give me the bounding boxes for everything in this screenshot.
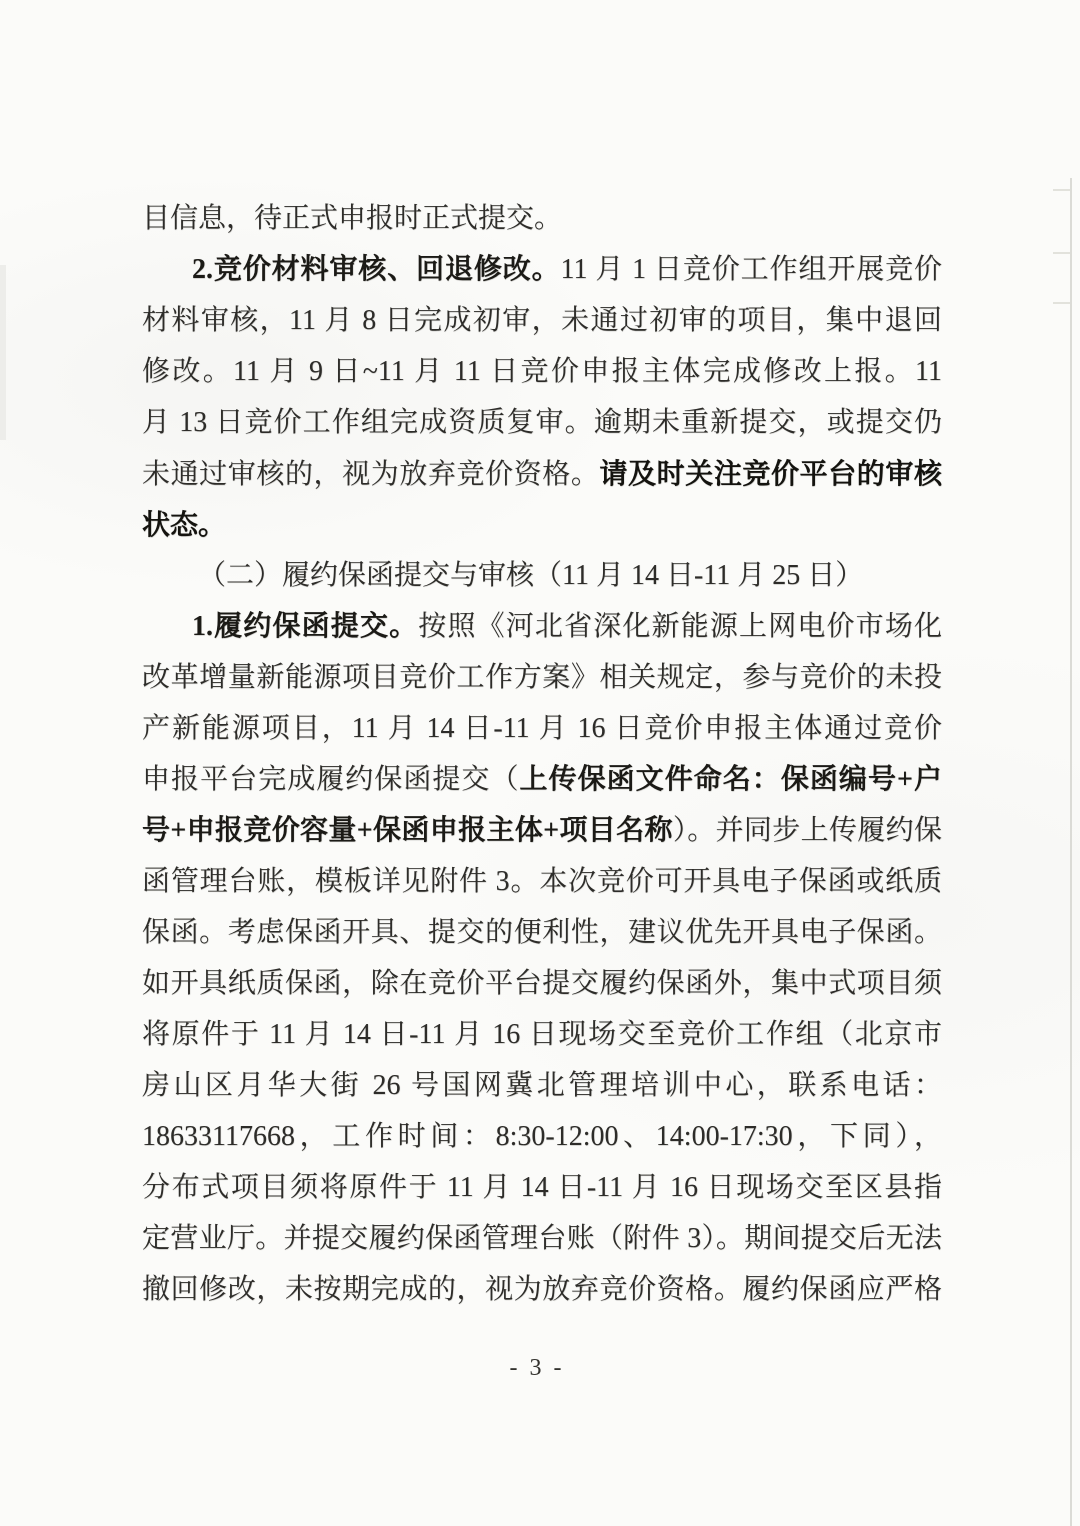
line-22: 撤回修改，未按期完成的，视为放弃竞价资格。履约保函应严格 — [142, 1264, 942, 1315]
emphasis-text-run: 1.履约保函提交。 — [192, 611, 418, 642]
line-19: 18633117668，工作时间：8:30-12:00、14:00-17:30，… — [142, 1111, 942, 1162]
text-run: 材料审核，11 月 8 日完成初审，未通过初审的项目，集中退回 — [142, 305, 942, 336]
line-03: 材料审核，11 月 8 日完成初审，未通过初审的项目，集中退回 — [142, 295, 942, 346]
line-10: 改革增量新能源项目竞价工作方案》相关规定，参与竞价的未投 — [142, 652, 942, 703]
scan-smudge-artifact — [0, 265, 6, 440]
line-11: 产新能源项目，11 月 14 日-11 月 16 日竞价申报主体通过竞价 — [142, 703, 942, 754]
text-run: 申报平台完成履约保函提交（ — [142, 764, 520, 795]
line-14: 函管理台账，模板详见附件 3。本次竞价可开具电子保函或纸质 — [142, 856, 942, 907]
line-06: 未通过审核的，视为放弃竞价资格。请及时关注竞价平台的审核 — [142, 448, 942, 499]
text-run: 改革增量新能源项目竞价工作方案》相关规定，参与竞价的未投 — [142, 662, 942, 693]
scan-tick-artifact — [1053, 189, 1070, 191]
scan-tick-artifact — [1053, 302, 1070, 304]
line-07: 状态。 — [142, 499, 942, 550]
text-run: 函管理台账，模板详见附件 3。本次竞价可开具电子保函或纸质 — [142, 866, 942, 897]
text-run: 按照《河北省深化新能源上网电价市场化 — [418, 611, 942, 642]
scan-tick-artifact — [1053, 252, 1070, 254]
line-16: 如开具纸质保函，除在竞价平台提交履约保函外，集中式项目须 — [142, 958, 942, 1009]
text-run: 分布式项目须将原件于 11 月 14 日-11 月 16 日现场交至区县指 — [142, 1172, 942, 1203]
line-08-heading: （二）履约保函提交与审核（11 月 14 日-11 月 25 日） — [142, 550, 942, 601]
text-run: 修改。11 月 9 日~11 月 11 日竞价申报主体完成修改上报。11 — [142, 356, 942, 387]
emphasis-text-run: 上传保函文件命名：保函编号+户 — [520, 764, 942, 795]
line-01: 目信息，待正式申报时正式提交。 — [142, 193, 942, 244]
line-13: 号+申报竞价容量+保函申报主体+项目名称）。并同步上传履约保 — [142, 805, 942, 856]
text-run: 未通过审核的，视为放弃竞价资格。 — [142, 459, 599, 490]
line-18: 房山区月华大街 26 号国网冀北管理培训中心，联系电话： — [142, 1060, 942, 1111]
line-09: 1.履约保函提交。按照《河北省深化新能源上网电价市场化 — [142, 601, 942, 652]
text-run: 月 13 日竞价工作组完成资质复审。逾期未重新提交，或提交仍 — [142, 407, 942, 438]
text-run: 保函。考虑保函开具、提交的便利性，建议优先开具电子保函。 — [142, 917, 942, 948]
emphasis-text-run: 请及时关注竞价平台的审核 — [599, 458, 942, 489]
line-15: 保函。考虑保函开具、提交的便利性，建议优先开具电子保函。 — [142, 907, 942, 958]
emphasis-text-run: 状态。 — [142, 509, 226, 540]
scan-edge-artifact — [1070, 178, 1072, 1526]
line-17: 将原件于 11 月 14 日-11 月 16 日现场交至竞价工作组（北京市 — [142, 1009, 942, 1060]
text-run: 目信息，待正式申报时正式提交。 — [142, 203, 562, 234]
emphasis-text-run: 号+申报竞价容量+保函申报主体+项目名称 — [142, 815, 673, 846]
scanned-document-page: 目信息，待正式申报时正式提交。2.竞价材料审核、回退修改。11 月 1 日竞价工… — [0, 0, 1080, 1526]
line-04: 修改。11 月 9 日~11 月 11 日竞价申报主体完成修改上报。11 — [142, 346, 942, 397]
emphasis-text-run: 2.竞价材料审核、回退修改。 — [192, 254, 561, 285]
text-run: 产新能源项目，11 月 14 日-11 月 16 日竞价申报主体通过竞价 — [142, 713, 942, 744]
text-run: 如开具纸质保函，除在竞价平台提交履约保函外，集中式项目须 — [142, 968, 942, 999]
line-02: 2.竞价材料审核、回退修改。11 月 1 日竞价工作组开展竞价 — [142, 244, 942, 295]
text-run: 将原件于 11 月 14 日-11 月 16 日现场交至竞价工作组（北京市 — [142, 1019, 942, 1050]
text-run: 定营业厅。并提交履约保函管理台账（附件 3）。期间提交后无法 — [142, 1223, 942, 1254]
text-run: ）。并同步上传履约保 — [673, 815, 942, 846]
text-run: （二）履约保函提交与审核（11 月 14 日-11 月 25 日） — [198, 560, 863, 591]
page-number: - 3 - — [0, 1355, 1074, 1382]
document-body: 目信息，待正式申报时正式提交。2.竞价材料审核、回退修改。11 月 1 日竞价工… — [142, 193, 942, 1315]
text-run: 房山区月华大街 26 号国网冀北管理培训中心，联系电话： — [142, 1070, 942, 1101]
line-21: 定营业厅。并提交履约保函管理台账（附件 3）。期间提交后无法 — [142, 1213, 942, 1264]
line-20: 分布式项目须将原件于 11 月 14 日-11 月 16 日现场交至区县指 — [142, 1162, 942, 1213]
text-run: 18633117668，工作时间：8:30-12:00、14:00-17:30，… — [142, 1121, 942, 1152]
text-run: 11 月 1 日竞价工作组开展竞价 — [561, 254, 942, 285]
line-12: 申报平台完成履约保函提交（上传保函文件命名：保函编号+户 — [142, 754, 942, 805]
line-05: 月 13 日竞价工作组完成资质复审。逾期未重新提交，或提交仍 — [142, 397, 942, 448]
text-run: 撤回修改，未按期完成的，视为放弃竞价资格。履约保函应严格 — [142, 1274, 942, 1305]
